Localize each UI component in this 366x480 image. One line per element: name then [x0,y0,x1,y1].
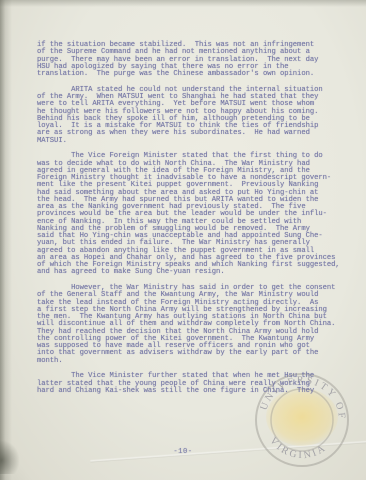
scanned-document-page: UNIVERSITY OF VIRGINIA if the situation … [0,0,366,480]
paragraph-5: The Vice Minister further stated that wh… [37,373,349,395]
paragraph-4: However, the War Ministry has said in or… [37,285,349,365]
scan-corner-blot [0,440,20,474]
paragraph-2: ARITA stated he could not understand the… [37,87,349,145]
typed-text-block: if the situation became stabilized. This… [37,42,349,404]
paragraph-3: The Vice Foreign Minister stated that th… [37,153,349,276]
paragraph-1: if the situation became stabilized. This… [37,42,349,78]
scan-edge-shadow-left [0,0,12,480]
page-number: -10- [0,448,366,456]
scan-edge-shadow-top [0,0,366,7]
